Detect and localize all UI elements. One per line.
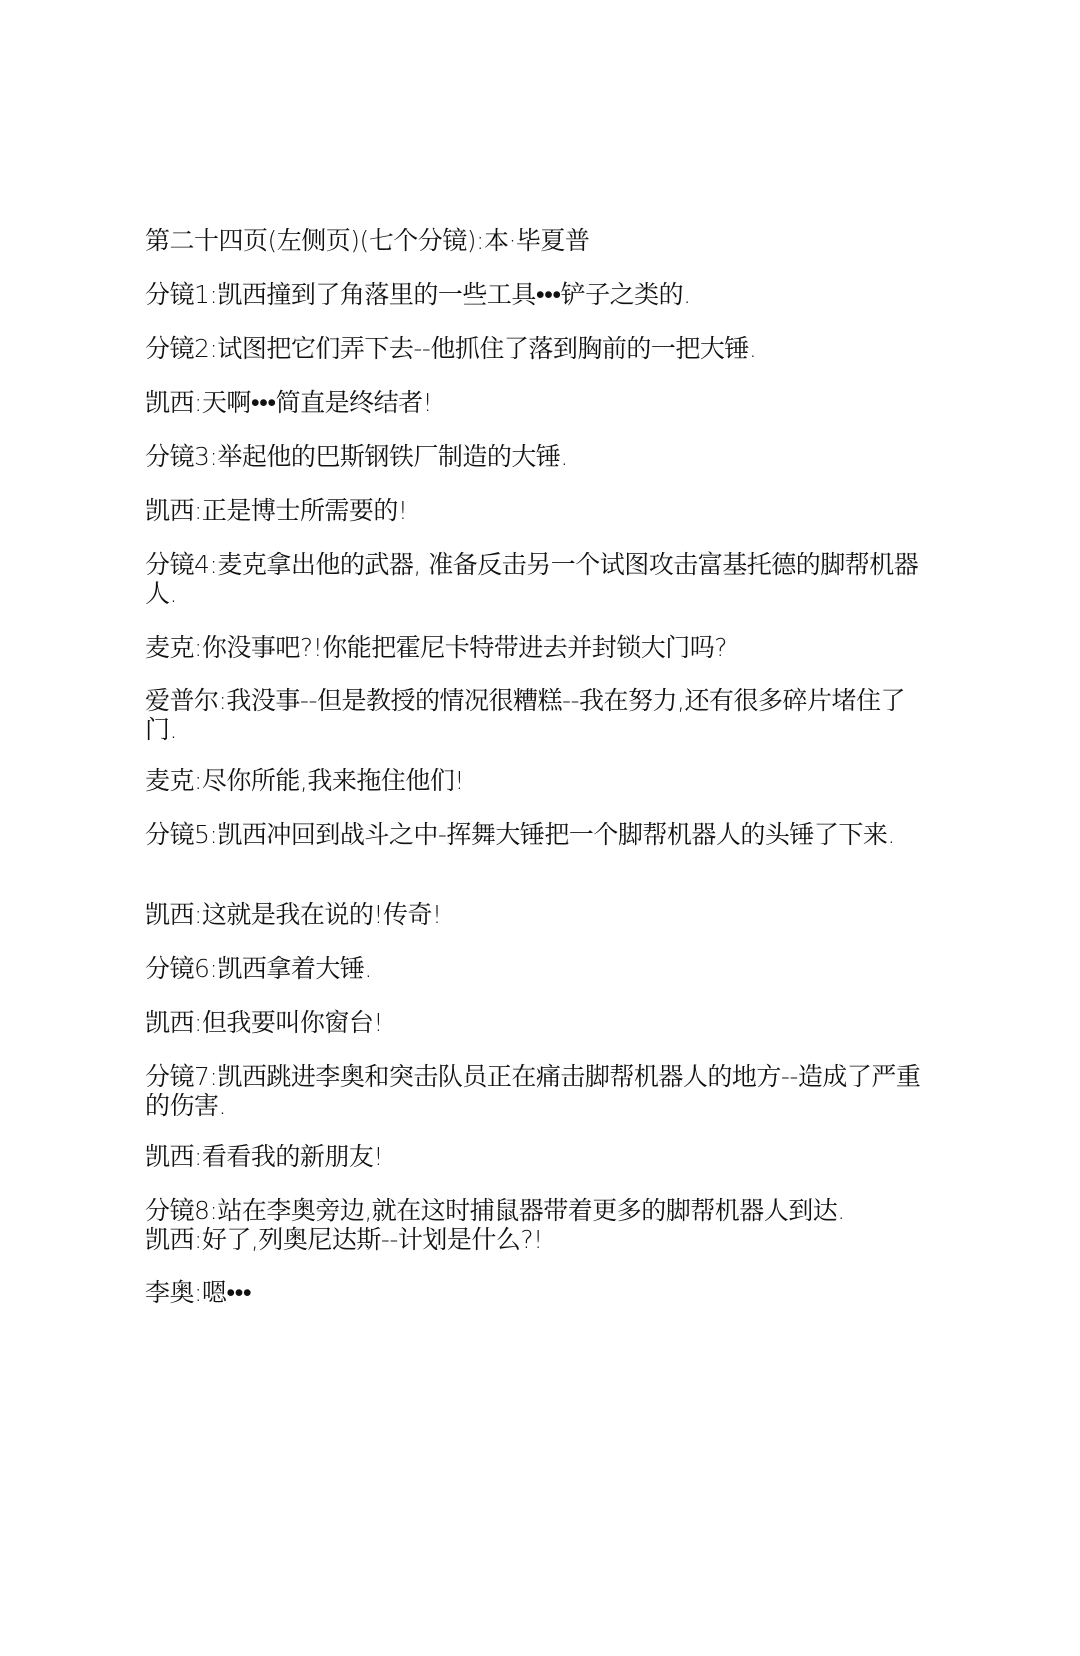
panel-4-description: 分镜4:麦克拿出他的武器, 准备反击另一个试图攻击富基托德的脚帮机器人.	[145, 550, 935, 608]
dialogue-casey: 凯西:这就是我在说的!传奇!	[145, 900, 935, 929]
panel-3-description: 分镜3:举起他的巴斯钢铁厂制造的大锤.	[145, 442, 935, 471]
dialogue-casey: 凯西:但我要叫你窗台!	[145, 1008, 935, 1037]
dialogue-leo: 李奥:嗯•••	[145, 1278, 935, 1307]
dialogue-april: 爱普尔:我没事--但是教授的情况很糟糕--我在努力,还有很多碎片堵住了门.	[145, 686, 935, 744]
dialogue-casey: 凯西:好了,列奥尼达斯--计划是什么?!	[145, 1225, 935, 1254]
dialogue-casey: 凯西:正是博士所需要的!	[145, 496, 935, 525]
dialogue-casey: 凯西:看看我的新朋友!	[145, 1142, 935, 1171]
panel-5-description: 分镜5:凯西冲回到战斗之中-挥舞大锤把一个脚帮机器人的头锤了下来.	[145, 820, 935, 849]
dialogue-casey: 凯西:天啊•••简直是终结者!	[145, 388, 935, 417]
dialogue-mike: 麦克:尽你所能,我来拖住他们!	[145, 766, 935, 795]
panel-2-description: 分镜2:试图把它们弄下去--他抓住了落到胸前的一把大锤.	[145, 334, 935, 363]
dialogue-mike: 麦克:你没事吧?!你能把霍尼卡特带进去并封锁大门吗?	[145, 633, 935, 662]
page-heading: 第二十四页(左侧页)(七个分镜):本·毕夏普	[145, 226, 935, 255]
panel-8-description: 分镜8:站在李奥旁边,就在这时捕鼠器带着更多的脚帮机器人到达.	[145, 1196, 935, 1225]
panel-6-description: 分镜6:凯西拿着大锤.	[145, 954, 935, 983]
panel-1-description: 分镜1:凯西撞到了角落里的一些工具•••铲子之类的.	[145, 280, 935, 309]
panel-7-description: 分镜7:凯西跳进李奥和突击队员正在痛击脚帮机器人的地方--造成了严重的伤害.	[145, 1062, 935, 1120]
